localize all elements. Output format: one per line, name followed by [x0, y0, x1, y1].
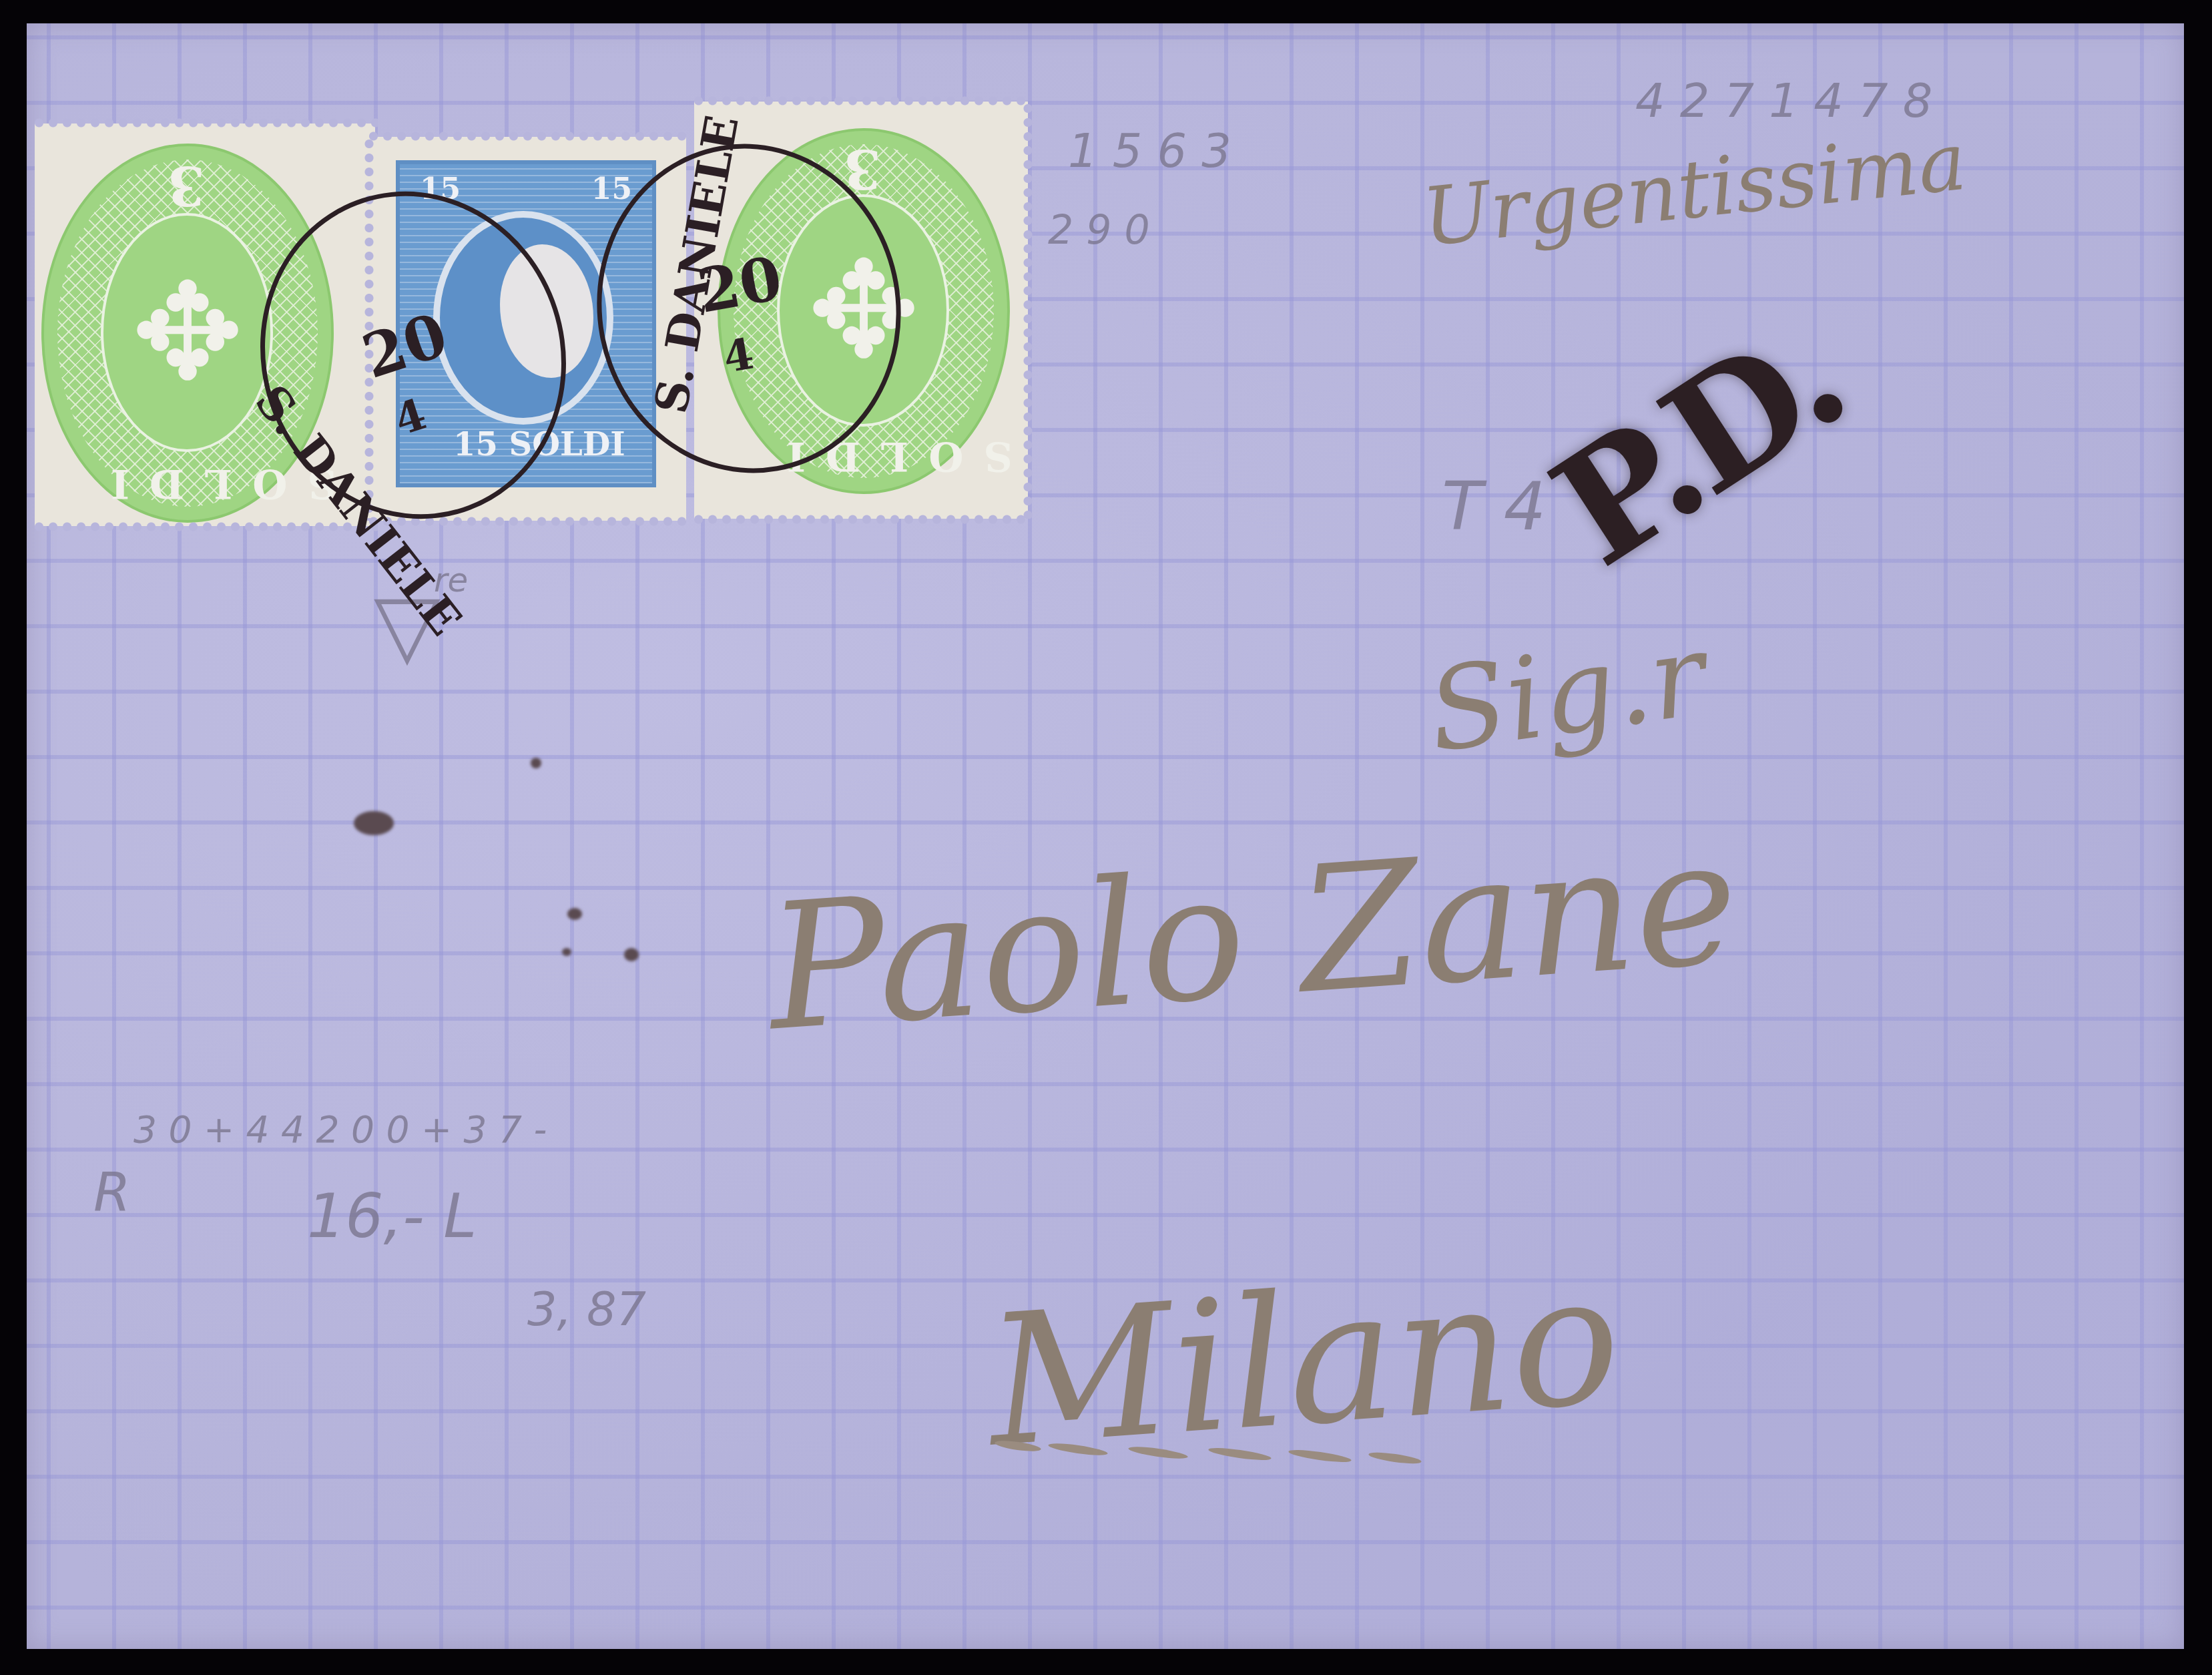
pencil-note-bottom-center: 3, 87	[527, 1282, 646, 1337]
ink-blot	[354, 811, 394, 835]
postmark-day: 20	[354, 299, 456, 393]
pencil-note-bottom-left-2: R	[93, 1162, 131, 1224]
postmark-month: 4	[720, 328, 758, 383]
eagle-icon: ✥	[131, 266, 244, 400]
ink-blot	[562, 948, 571, 956]
pencil-note-mid-right: T 4	[1442, 467, 1547, 545]
pencil-note-bottom-left-1: 16,- L	[307, 1182, 477, 1252]
pencil-note-top-center: 1 5 6 3	[1068, 124, 1231, 178]
pencil-note-top-right: 4 2 7 1 4 7 8	[1635, 73, 1932, 128]
ink-blot	[624, 948, 639, 961]
ink-blot	[567, 908, 582, 920]
postmark-month: 4	[388, 389, 433, 446]
pencil-note-top-center-2: 2 9 0	[1048, 207, 1150, 254]
postmark-day: 20	[692, 243, 787, 327]
denomination: 3	[168, 154, 205, 217]
ink-blot	[531, 758, 541, 768]
pencil-note-bottom-row: 3 0 + 4 4 2 0 0 + 3 7 -	[133, 1108, 547, 1151]
corner-value-right: 15	[591, 172, 632, 206]
